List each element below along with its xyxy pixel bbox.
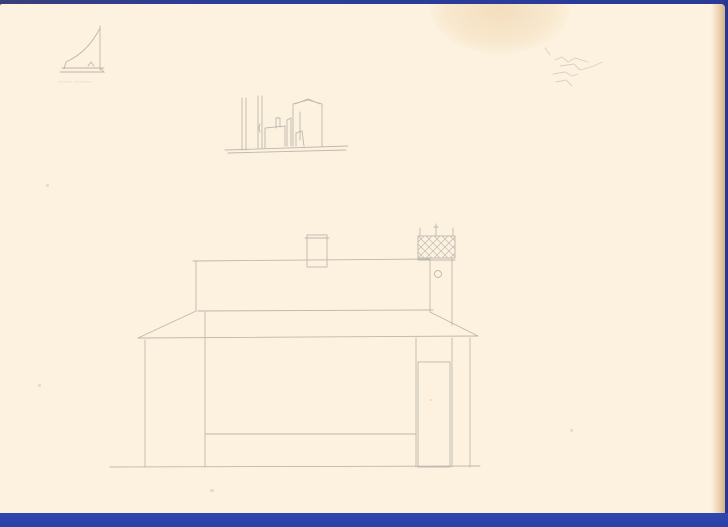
sketchbook-cover-bottom [0,513,728,527]
building-elevation-sketch [110,224,480,467]
sailboat-caption: ~~~~ ~~~~~ [58,80,92,86]
pencil-drawing [0,4,725,515]
sailboat-sketch [60,26,104,72]
faint-scribble-sketch [545,48,602,86]
harbour-buildings-sketch [225,96,348,153]
sketchbook-page: ~~~~ ~~~~~ [0,4,725,515]
